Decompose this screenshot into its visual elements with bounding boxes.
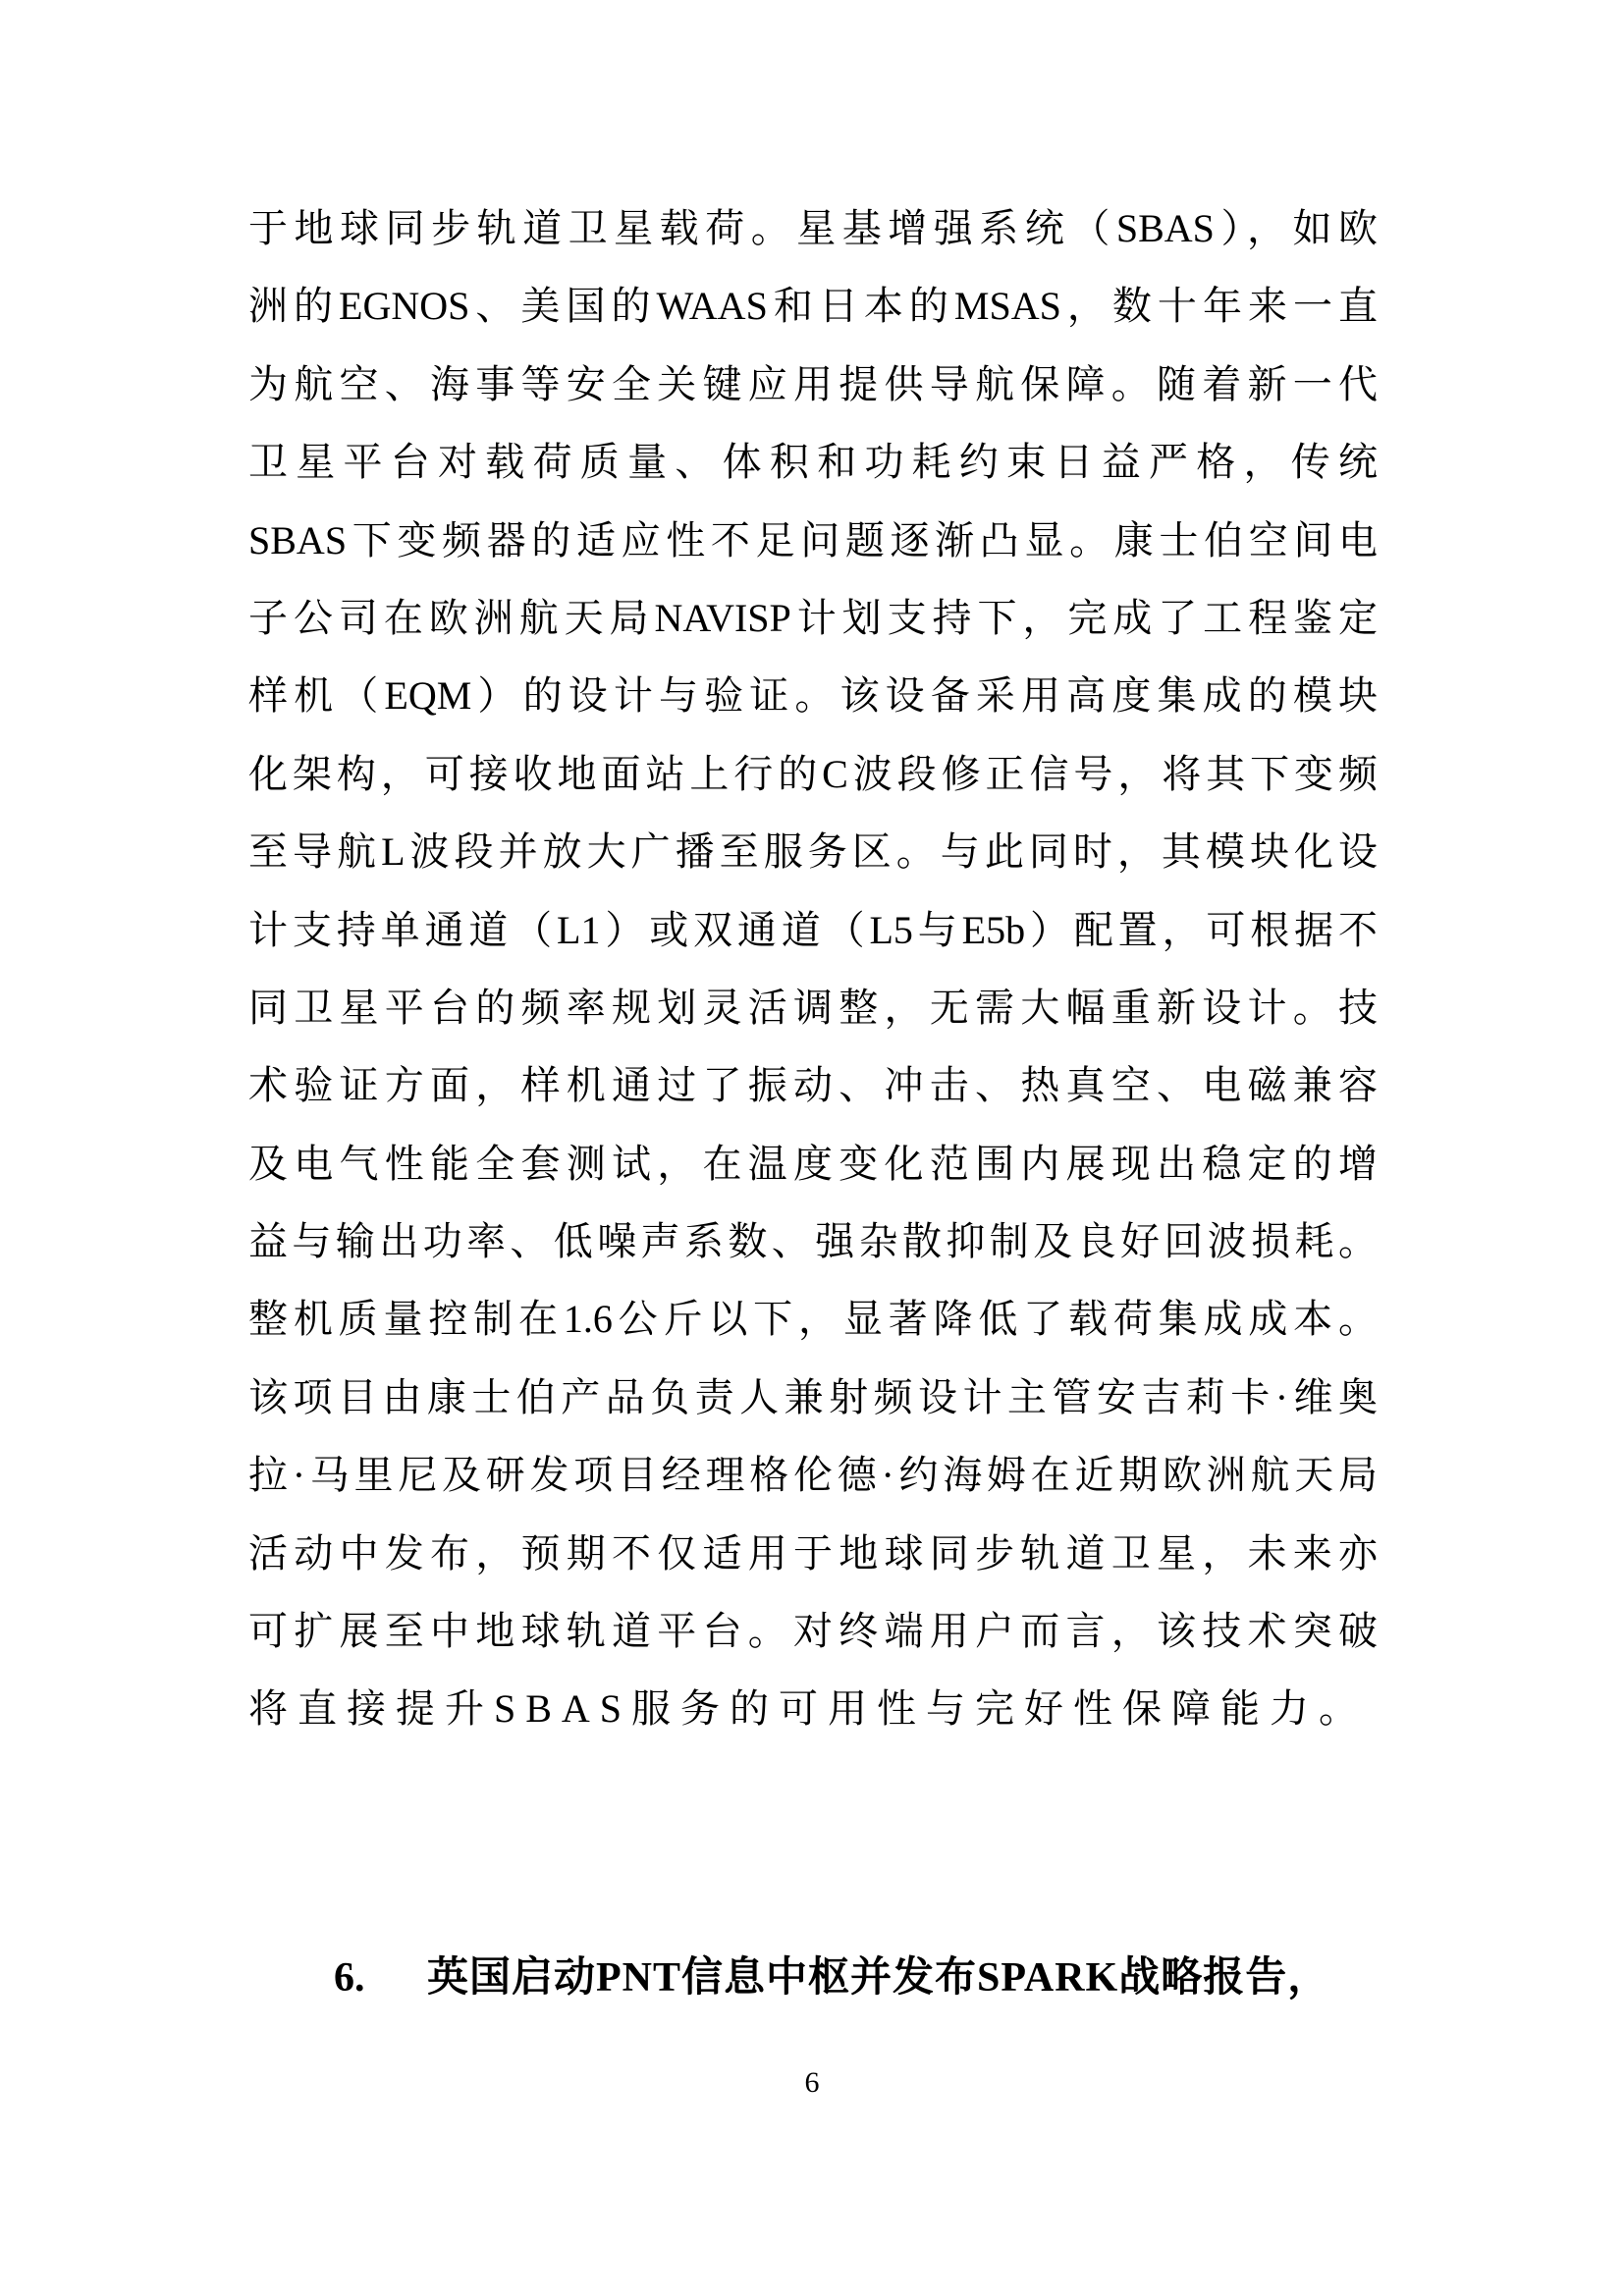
paragraph-line: 益与输出功率、低噪声系数、强杂散抑制及良好回波损耗。 xyxy=(248,1202,1378,1280)
paragraph-line: 同卫星平台的频率规划灵活调整，无需大幅重新设计。技 xyxy=(248,969,1378,1046)
paragraph-line: 可扩展至中地球轨道平台。对终端用户而言，该技术突破 xyxy=(248,1592,1378,1670)
paragraph-line: 及电气性能全套测试，在温度变化范围内展现出稳定的增 xyxy=(248,1125,1378,1202)
paragraph-line: 术验证方面，样机通过了振动、冲击、热真空、电磁兼容 xyxy=(248,1046,1378,1124)
paragraph-line: 洲的EGNOS、美国的WAAS和日本的MSAS，数十年来一直 xyxy=(248,267,1378,345)
paragraph-line: 子公司在欧洲航天局NAVISP计划支持下，完成了工程鉴定 xyxy=(248,579,1378,657)
paragraph-line: 化架构，可接收地面站上行的C波段修正信号，将其下变频 xyxy=(248,735,1378,813)
paragraph-line: 样机（EQM）的设计与验证。该设备采用高度集成的模块 xyxy=(248,657,1378,734)
body-paragraph: 于地球同步轨道卫星载荷。星基增强系统（SBAS），如欧 洲的EGNOS、美国的W… xyxy=(248,189,1378,1748)
paragraph-line: 卫星平台对载荷质量、体积和功耗约束日益严格，传统 xyxy=(248,423,1378,501)
paragraph-line: 于地球同步轨道卫星载荷。星基增强系统（SBAS），如欧 xyxy=(248,189,1378,267)
page-number: 6 xyxy=(0,2061,1624,2105)
paragraph-line: 将直接提升SBAS服务的可用性与完好性保障能力。 xyxy=(248,1670,1378,1747)
document-page: 于地球同步轨道卫星载荷。星基增强系统（SBAS），如欧 洲的EGNOS、美国的W… xyxy=(0,0,1624,2296)
section-title: 英国启动PNT信息中枢并发布SPARK战略报告， xyxy=(427,1939,1329,2017)
paragraph-line: 活动中发布，预期不仅适用于地球同步轨道卫星，未来亦 xyxy=(248,1515,1378,1592)
paragraph-line: SBAS下变频器的适应性不足问题逐渐凸显。康士伯空间电 xyxy=(248,502,1378,579)
paragraph-line: 该项目由康士伯产品负责人兼射频设计主管安吉莉卡·维奥 xyxy=(248,1359,1378,1436)
paragraph-line: 为航空、海事等安全关键应用提供导航保障。随着新一代 xyxy=(248,346,1378,423)
paragraph-line: 至导航L波段并放大广播至服务区。与此同时，其模块化设 xyxy=(248,813,1378,890)
paragraph-line: 拉·马里尼及研发项目经理格伦德·约海姆在近期欧洲航天局 xyxy=(248,1436,1378,1514)
paragraph-line: 整机质量控制在1.6公斤以下，显著降低了载荷集成成本。 xyxy=(248,1280,1378,1358)
paragraph-line: 计支持单通道（L1）或双通道（L5与E5b）配置，可根据不 xyxy=(248,891,1378,969)
section-heading: 6. 英国启动PNT信息中枢并发布SPARK战略报告， xyxy=(334,1939,1365,2017)
section-number: 6. xyxy=(334,1939,427,2017)
